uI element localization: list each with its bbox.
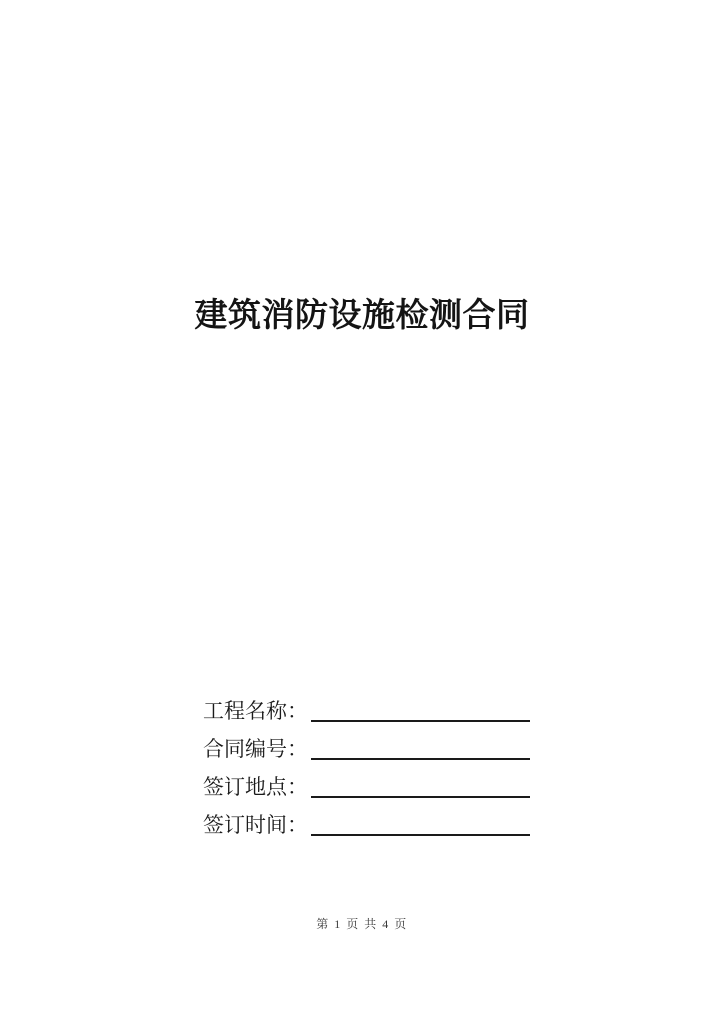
signing-place-label: 签订地点： <box>203 774 308 800</box>
contract-number-label: 合同编号： <box>203 736 308 762</box>
field-row-contract-number: 合同编号： <box>203 724 530 762</box>
project-name-label: 工程名称： <box>203 698 308 724</box>
field-row-signing-date: 签订时间： <box>203 800 530 838</box>
signing-date-label: 签订时间： <box>203 812 308 838</box>
page-footer: 第 1 页 共 4 页 <box>0 916 724 932</box>
field-row-project-name: 工程名称： <box>203 686 530 724</box>
contract-number-blank-line <box>311 758 530 760</box>
signing-place-blank-line <box>311 796 530 798</box>
project-name-blank-line <box>311 720 530 722</box>
field-row-signing-place: 签订地点： <box>203 762 530 800</box>
document-title: 建筑消防设施检测合同 <box>0 294 724 338</box>
signing-date-blank-line <box>311 834 530 836</box>
fill-in-fields: 工程名称： 合同编号： 签订地点： 签订时间： <box>203 686 530 838</box>
page-number-text: 第 1 页 共 4 页 <box>316 917 408 931</box>
document-page: 建筑消防设施检测合同 工程名称： 合同编号： 签订地点： 签订时间： 第 1 页… <box>0 0 724 1024</box>
